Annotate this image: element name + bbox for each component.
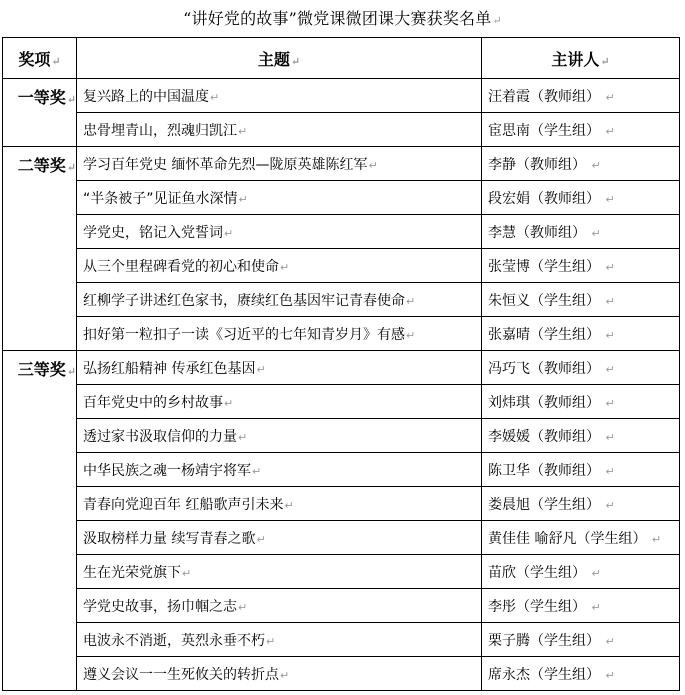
topic-cell: 从三个里程碑看党的初心和使命↵ (77, 249, 482, 283)
topic-cell: “半条被子”见证鱼水深情↵ (77, 181, 482, 215)
header-award: 奖项↵ (3, 38, 77, 79)
speaker-cell: 张莹博（学生组） ↵ (482, 249, 680, 283)
topic-text: 学习百年党史 缅怀革命先烈—陇原英雄陈红军 (83, 157, 367, 173)
paragraph-mark-icon: ↵ (280, 261, 289, 274)
speaker-cell: 苗欣（学生组） ↵ (482, 555, 680, 589)
topic-cell: 透过家书汲取信仰的力量↵ (77, 419, 482, 453)
speaker-cell: 段宏娟（教师组） ↵ (482, 181, 680, 215)
paragraph-mark-icon: ↵ (256, 533, 265, 546)
paragraph-mark-icon: ↵ (492, 14, 501, 27)
speaker-text: 苗欣（学生组） (488, 565, 586, 581)
topic-text: 透过家书汲取信仰的力量 (83, 429, 237, 445)
paragraph-mark-icon: ↵ (280, 669, 289, 682)
paragraph-mark-icon: ↵ (224, 397, 233, 410)
speaker-cell: 李静（教师组） ↵ (482, 147, 680, 181)
paragraph-mark-icon: ↵ (51, 55, 60, 68)
speaker-cell: 张嘉晴（学生组） ↵ (482, 317, 680, 351)
speaker-text: 段宏娟（教师组） (488, 191, 600, 207)
paragraph-mark-icon: ↵ (368, 159, 377, 172)
speaker-text: 李媛媛（教师组） (488, 429, 600, 445)
table-header-row: 奖项↵ 主题↵ 主讲人↵ (3, 38, 680, 79)
topic-cell: 学党史故事，扬巾帼之志↵ (77, 589, 482, 623)
paragraph-mark-icon: ↵ (605, 635, 614, 648)
topic-text: 遵义会议一一生死攸关的转折点 (83, 667, 279, 683)
speaker-cell: 席永杰（学生组） ↵ (482, 657, 680, 691)
paragraph-mark-icon: ↵ (591, 567, 600, 580)
paragraph-mark-icon: ↵ (67, 365, 76, 378)
speaker-text: 李彤（学生组） (488, 599, 586, 615)
award-label: 二等奖 (18, 156, 66, 175)
paragraph-mark-icon: ↵ (224, 227, 233, 240)
paragraph-mark-icon: ↵ (284, 499, 293, 512)
document-title: “讲好党的故事”微党课微团课大赛获奖名单↵ (0, 8, 685, 32)
speaker-text: 李慧（教师组） (488, 225, 586, 241)
paragraph-mark-icon: ↵ (256, 363, 265, 376)
table-row: 电波永不消逝，英烈永垂不朽↵栗子腾（学生组） ↵ (3, 623, 680, 657)
speaker-cell: 汪着霞（教师组） ↵ (482, 79, 680, 113)
speaker-cell: 刘炜琪（教师组） ↵ (482, 385, 680, 419)
paragraph-mark-icon: ↵ (182, 567, 191, 580)
table-row: 三等奖↵弘扬红船精神 传承红色基因↵冯巧飞（教师组） ↵ (3, 351, 680, 385)
topic-text: 百年党史中的乡村故事 (83, 395, 223, 411)
award-cell-third-prize: 三等奖↵ (3, 351, 77, 691)
speaker-text: 张莹博（学生组） (488, 259, 600, 275)
speaker-cell: 李彤（学生组） ↵ (482, 589, 680, 623)
table-row: 汲取榜样力量 续写青春之歌↵黄佳佳 喻舒凡（学生组） ↵ (3, 521, 680, 555)
paragraph-mark-icon: ↵ (291, 55, 300, 68)
topic-text: 中华民族之魂一杨靖宇将军 (83, 463, 251, 479)
speaker-text: 陈卫华（教师组） (488, 463, 600, 479)
speaker-text: 黄佳佳 喻舒凡（学生组） (488, 531, 646, 547)
topic-text: 电波永不消逝，英烈永垂不朽 (83, 633, 265, 649)
paragraph-mark-icon: ↵ (605, 91, 614, 104)
topic-cell: 学习百年党史 缅怀革命先烈—陇原英雄陈红军↵ (77, 147, 482, 181)
speaker-cell: 娄晨旭（学生组） ↵ (482, 487, 680, 521)
topic-cell: 青春向党迎百年 红船歌声引未来↵ (77, 487, 482, 521)
speaker-text: 娄晨旭（学生组） (488, 497, 600, 513)
paragraph-mark-icon: ↵ (406, 295, 415, 308)
paragraph-mark-icon: ↵ (210, 91, 219, 104)
table-row: 生在光荣党旗下↵苗欣（学生组） ↵ (3, 555, 680, 589)
table-row: 透过家书汲取信仰的力量↵李媛媛（教师组） ↵ (3, 419, 680, 453)
topic-text: 学党史，铭记入党誓词 (83, 225, 223, 241)
speaker-text: 冯巧飞（教师组） (488, 361, 600, 377)
topic-cell: 弘扬红船精神 传承红色基因↵ (77, 351, 482, 385)
table-row: 青春向党迎百年 红船歌声引未来↵娄晨旭（学生组） ↵ (3, 487, 680, 521)
paragraph-mark-icon: ↵ (605, 363, 614, 376)
paragraph-mark-icon: ↵ (605, 465, 614, 478)
paragraph-mark-icon: ↵ (605, 431, 614, 444)
speaker-text: 汪着霞（教师组） (488, 89, 600, 105)
paragraph-mark-icon: ↵ (238, 125, 247, 138)
topic-text: 忠骨埋青山，烈魂归凯江 (83, 123, 237, 139)
speaker-cell: 宦思南（学生组） ↵ (482, 113, 680, 147)
award-cell-first-prize: 一等奖↵ (3, 79, 77, 147)
topic-cell: 红柳学子讲述红色家书，赓续红色基因牢记青春使命↵ (77, 283, 482, 317)
paragraph-mark-icon: ↵ (605, 295, 614, 308)
table-row: 学党史，铭记入党誓词↵李慧（教师组） ↵ (3, 215, 680, 249)
topic-cell: 学党史，铭记入党誓词↵ (77, 215, 482, 249)
topic-text: 青春向党迎百年 红船歌声引未来 (83, 497, 283, 513)
topic-cell: 中华民族之魂一杨靖宇将军↵ (77, 453, 482, 487)
header-speaker: 主讲人↵ (482, 38, 680, 79)
speaker-cell: 冯巧飞（教师组） ↵ (482, 351, 680, 385)
topic-text: 红柳学子讲述红色家书，赓续红色基因牢记青春使命 (83, 293, 405, 309)
table-row: 中华民族之魂一杨靖宇将军↵陈卫华（教师组） ↵ (3, 453, 680, 487)
table-row: 二等奖↵学习百年党史 缅怀革命先烈—陇原英雄陈红军↵李静（教师组） ↵ (3, 147, 680, 181)
paragraph-mark-icon: ↵ (239, 193, 248, 206)
table-row: 学党史故事，扬巾帼之志↵李彤（学生组） ↵ (3, 589, 680, 623)
speaker-cell: 陈卫华（教师组） ↵ (482, 453, 680, 487)
topic-text: 弘扬红船精神 传承红色基因 (83, 361, 255, 377)
topic-cell: 生在光荣党旗下↵ (77, 555, 482, 589)
paragraph-mark-icon: ↵ (605, 669, 614, 682)
table-row: 红柳学子讲述红色家书，赓续红色基因牢记青春使命↵朱恒义（学生组） ↵ (3, 283, 680, 317)
table-row: 从三个里程碑看党的初心和使命↵张莹博（学生组） ↵ (3, 249, 680, 283)
paragraph-mark-icon: ↵ (605, 397, 614, 410)
table-body: 一等奖↵复兴路上的中国温度↵汪着霞（教师组） ↵忠骨埋青山，烈魂归凯江↵宦思南（… (3, 79, 680, 691)
paragraph-mark-icon: ↵ (252, 465, 261, 478)
topic-cell: 汲取榜样力量 续写青春之歌↵ (77, 521, 482, 555)
paragraph-mark-icon: ↵ (605, 193, 614, 206)
header-topic: 主题↵ (77, 38, 482, 79)
speaker-text: 宦思南（学生组） (488, 123, 600, 139)
table-row: 扣好第一粒扣子一读《习近平的七年知青岁月》有感↵张嘉晴（学生组） ↵ (3, 317, 680, 351)
paragraph-mark-icon: ↵ (591, 227, 600, 240)
award-table: 奖项↵ 主题↵ 主讲人↵ 一等奖↵复兴路上的中国温度↵汪着霞（教师组） ↵忠骨埋… (2, 37, 680, 691)
speaker-cell: 李慧（教师组） ↵ (482, 215, 680, 249)
topic-text: 生在光荣党旗下 (83, 565, 181, 581)
paragraph-mark-icon: ↵ (600, 55, 609, 68)
speaker-text: 李静（教师组） (488, 157, 586, 173)
topic-text: 从三个里程碑看党的初心和使命 (83, 259, 279, 275)
topic-cell: 忠骨埋青山，烈魂归凯江↵ (77, 113, 482, 147)
paragraph-mark-icon: ↵ (605, 499, 614, 512)
paragraph-mark-icon: ↵ (652, 533, 661, 546)
table-row: 忠骨埋青山，烈魂归凯江↵宦思南（学生组） ↵ (3, 113, 680, 147)
table-row: “半条被子”见证鱼水深情↵段宏娟（教师组） ↵ (3, 181, 680, 215)
speaker-text: 栗子腾（学生组） (488, 633, 600, 649)
topic-text: 扣好第一粒扣子一读《习近平的七年知青岁月》有感 (83, 327, 405, 343)
topic-cell: 遵义会议一一生死攸关的转折点↵ (77, 657, 482, 691)
paragraph-mark-icon: ↵ (238, 431, 247, 444)
paragraph-mark-icon: ↵ (591, 601, 600, 614)
speaker-cell: 栗子腾（学生组） ↵ (482, 623, 680, 657)
speaker-cell: 朱恒义（学生组） ↵ (482, 283, 680, 317)
topic-text: 学党史故事，扬巾帼之志 (83, 599, 237, 615)
speaker-cell: 李媛媛（教师组） ↵ (482, 419, 680, 453)
topic-cell: 扣好第一粒扣子一读《习近平的七年知青岁月》有感↵ (77, 317, 482, 351)
paragraph-mark-icon: ↵ (67, 93, 76, 106)
award-label: 一等奖 (18, 88, 66, 107)
topic-text: “半条被子”见证鱼水深情 (83, 191, 238, 207)
paragraph-mark-icon: ↵ (67, 161, 76, 174)
speaker-text: 朱恒义（学生组） (488, 293, 600, 309)
paragraph-mark-icon: ↵ (605, 125, 614, 138)
paragraph-mark-icon: ↵ (238, 601, 247, 614)
paragraph-mark-icon: ↵ (406, 329, 415, 342)
topic-text: 复兴路上的中国温度 (83, 89, 209, 105)
speaker-cell: 黄佳佳 喻舒凡（学生组） ↵ (482, 521, 680, 555)
paragraph-mark-icon: ↵ (266, 635, 275, 648)
table-row: 遵义会议一一生死攸关的转折点↵席永杰（学生组） ↵ (3, 657, 680, 691)
award-cell-second-prize: 二等奖↵ (3, 147, 77, 351)
speaker-text: 刘炜琪（教师组） (488, 395, 600, 411)
award-label: 三等奖 (18, 360, 66, 379)
paragraph-mark-icon: ↵ (605, 261, 614, 274)
topic-cell: 复兴路上的中国温度↵ (77, 79, 482, 113)
table-row: 一等奖↵复兴路上的中国温度↵汪着霞（教师组） ↵ (3, 79, 680, 113)
table-row: 百年党史中的乡村故事↵刘炜琪（教师组） ↵ (3, 385, 680, 419)
speaker-text: 张嘉晴（学生组） (488, 327, 600, 343)
speaker-text: 席永杰（学生组） (488, 667, 600, 683)
paragraph-mark-icon: ↵ (591, 159, 600, 172)
topic-cell: 百年党史中的乡村故事↵ (77, 385, 482, 419)
document-title-text: “讲好党的故事”微党课微团课大赛获奖名单 (183, 9, 491, 28)
topic-text: 汲取榜样力量 续写青春之歌 (83, 531, 255, 547)
topic-cell: 电波永不消逝，英烈永垂不朽↵ (77, 623, 482, 657)
paragraph-mark-icon: ↵ (605, 329, 614, 342)
